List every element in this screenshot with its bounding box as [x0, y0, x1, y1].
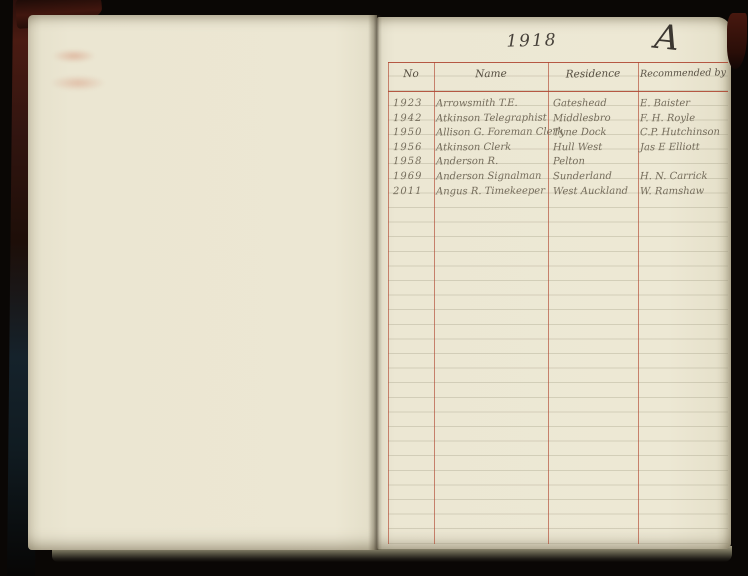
- entry-number: 1956: [393, 141, 431, 154]
- year-heading: 1918: [489, 30, 575, 52]
- entry-name: Arrowsmith T.E.: [436, 97, 548, 111]
- column-header-no: No: [388, 68, 434, 81]
- page-gutter-shadow: [368, 15, 382, 550]
- table-header-top-rule: [388, 62, 728, 63]
- entry-number: 1969: [393, 170, 431, 183]
- left-page-blank: [28, 15, 377, 550]
- entry-residence: West Auckland: [553, 184, 637, 198]
- entry-name: Anderson R.: [436, 155, 548, 169]
- ink-offset-smudge: [52, 49, 96, 63]
- ink-offset-smudge: [50, 75, 106, 91]
- entry-number: 1942: [393, 111, 431, 124]
- register-row: 1969 Anderson Signalman Sunderland H. N.…: [377, 170, 731, 184]
- entry-name: Allison G. Foreman Clerk: [436, 126, 548, 140]
- ledger-book-scan: 1918 A No Name Residence Recommended by …: [0, 0, 748, 576]
- register-row: 1956 Atkinson Clerk Hull West Jas E Elli…: [377, 141, 731, 155]
- column-header-name: Name: [434, 67, 548, 81]
- entry-residence: Hull West: [553, 141, 637, 155]
- column-header-recommended-by: Recommended by: [638, 67, 728, 80]
- entry-recommended-by: H. N. Carrick: [640, 170, 728, 184]
- right-page-register: 1918 A No Name Residence Recommended by …: [377, 17, 731, 549]
- entry-number: 1950: [393, 126, 431, 139]
- entry-recommended-by: [640, 155, 728, 156]
- entry-residence: Sunderland: [553, 170, 637, 184]
- entry-recommended-by: E. Baister: [640, 97, 728, 111]
- column-header-residence: Residence: [548, 67, 638, 81]
- register-row: 1923 Arrowsmith T.E. Gateshead E. Baiste…: [377, 97, 731, 111]
- entry-recommended-by: C.P. Hutchinson: [640, 126, 728, 140]
- entry-name: Angus R. Timekeeper: [436, 184, 548, 198]
- entry-recommended-by: W. Ramshaw: [640, 184, 728, 198]
- entry-number: 1958: [393, 155, 431, 168]
- table-header-bottom-rule: [388, 91, 728, 92]
- register-row: 1950 Allison G. Foreman Clerk Tyne Dock …: [377, 126, 731, 140]
- entry-number: 2011: [393, 184, 431, 197]
- entry-residence: Middlesbro: [553, 111, 637, 125]
- index-letter: A: [643, 16, 691, 60]
- entry-residence: Tyne Dock: [553, 126, 637, 140]
- entry-recommended-by: F. H. Royle: [640, 111, 728, 125]
- entry-name: Atkinson Clerk: [436, 140, 548, 154]
- register-row: 1942 Atkinson Telegraphist Middlesbro F.…: [377, 112, 731, 126]
- book-cover-corner-top-right: [727, 13, 747, 69]
- register-row: 2011 Angus R. Timekeeper West Auckland W…: [377, 185, 731, 199]
- entry-name: Anderson Signalman: [436, 170, 548, 184]
- entry-number: 1923: [393, 97, 431, 110]
- entry-residence: Pelton: [553, 155, 637, 169]
- entry-residence: Gateshead: [553, 97, 637, 111]
- entry-name: Atkinson Telegraphist: [436, 111, 548, 125]
- register-row: 1958 Anderson R. Pelton: [377, 155, 731, 169]
- entry-recommended-by: Jas E Elliott: [640, 140, 728, 154]
